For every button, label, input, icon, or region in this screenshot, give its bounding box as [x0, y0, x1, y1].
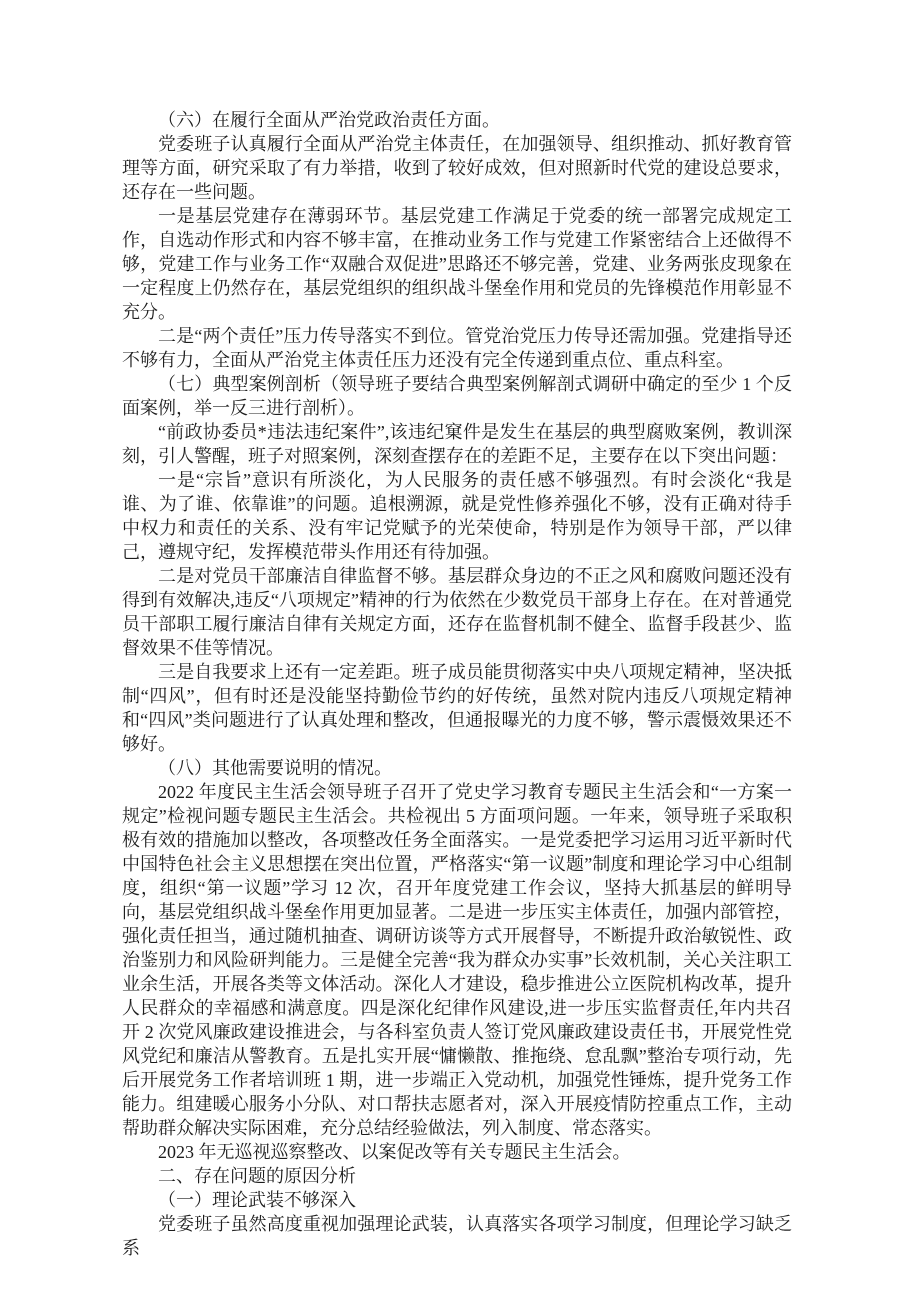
paragraph: 党委班子认真履行全面从严治党主体责任，在加强领导、组织推动、抓好教育管理等方面，… [122, 132, 792, 204]
paragraph: （六）在履行全面从严治党政治责任方面。 [122, 108, 792, 132]
paragraph: 党委班子虽然高度重视加强理论武装，认真落实各项学习制度，但理论学习缺乏系 [122, 1212, 792, 1260]
paragraph: 二、存在问题的原因分析 [122, 1164, 792, 1188]
paragraph: 一是“宗旨”意识有所淡化，为人民服务的责任感不够强烈。有时会淡化“我是谁、为了谁… [122, 468, 792, 564]
paragraph: 一是基层党建存在薄弱环节。基层党建工作满足于党委的统一部署完成规定工作，自选动作… [122, 204, 792, 324]
paragraph: 2023 年无巡视巡察整改、以案促改等有关专题民主生活会。 [122, 1140, 792, 1164]
document-page: （六）在履行全面从严治党政治责任方面。党委班子认真履行全面从严治党主体责任，在加… [0, 0, 920, 1301]
paragraph: 2022 年度民主生活会领导班子召开了党史学习教育专题民主生活会和“一方案一规定… [122, 780, 792, 1140]
paragraph: “前政协委员*违法违纪案件”,该违纪窠件是发生在基层的典型腐败案例，教训深刻，引… [122, 420, 792, 468]
document-body: （六）在履行全面从严治党政治责任方面。党委班子认真履行全面从严治党主体责任，在加… [122, 108, 792, 1260]
paragraph: （一）理论武装不够深入 [122, 1188, 792, 1212]
paragraph: 二是对党员干部廉洁自律监督不够。基层群众身边的不正之风和腐败问题还没有得到有效解… [122, 564, 792, 660]
paragraph: 二是“两个责任”压力传导落实不到位。管党治党压力传导还需加强。党建指导还不够有力… [122, 324, 792, 372]
paragraph: （七）典型案例剖析（领导班子要结合典型案例解剖式调研中确定的至少 1 个反面案例… [122, 372, 792, 420]
paragraph: （八）其他需要说明的情况。 [122, 756, 792, 780]
paragraph: 三是自我要求上还有一定差距。班子成员能贯彻落实中央八项规定精神，坚决抵制“四风”… [122, 660, 792, 756]
